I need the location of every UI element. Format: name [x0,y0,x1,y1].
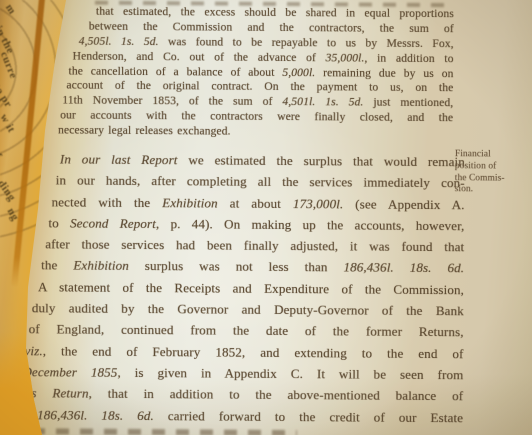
text-line: In our last Report we estimated the surp… [60,148,465,172]
text-line: 186,436l. 18s. 6d. carried forward to th… [37,404,463,428]
margin-note-line: position of [455,161,529,173]
text-line: after those services had been finally ad… [45,234,464,258]
text-line: necessary legal releases exchanged. [58,124,453,142]
paragraph-financial-position: In our last Report we estimated the surp… [11,148,465,428]
text-line: to Second Report, p. 44). On making up t… [48,212,464,236]
book-photo: that estimated, the excess should be sha… [0,0,532,435]
text-line: nected with the Exhibition at about 173,… [52,191,465,215]
text-line: this Return, that in addition to the abo… [17,382,463,406]
paragraph-closing-accounts: that estimated, the excess should be sha… [55,4,454,141]
text-line: viz., the end of February 1852, and exte… [24,340,463,364]
page-text: that estimated, the excess should be sha… [0,0,532,435]
text-line: in our hands, after completing all the s… [56,170,465,194]
margin-note-line: the Commis- [455,173,529,185]
text-line: the Exhibition surplus was not less than… [41,255,464,279]
text-line: of England, continued from the date of t… [29,319,464,343]
margin-note: Financial position of the Commis- sion. [455,149,529,197]
text-line: duly audited by the Governor and Deputy-… [32,297,464,321]
text-line: A statement of the Receipts and Expendit… [38,276,464,300]
margin-note-line: Financial [455,149,529,161]
text-line: December 1855, is given in Appendix C. I… [22,361,463,385]
clipped-text-line-bottom [32,428,297,435]
margin-note-line: sion. [455,185,529,197]
